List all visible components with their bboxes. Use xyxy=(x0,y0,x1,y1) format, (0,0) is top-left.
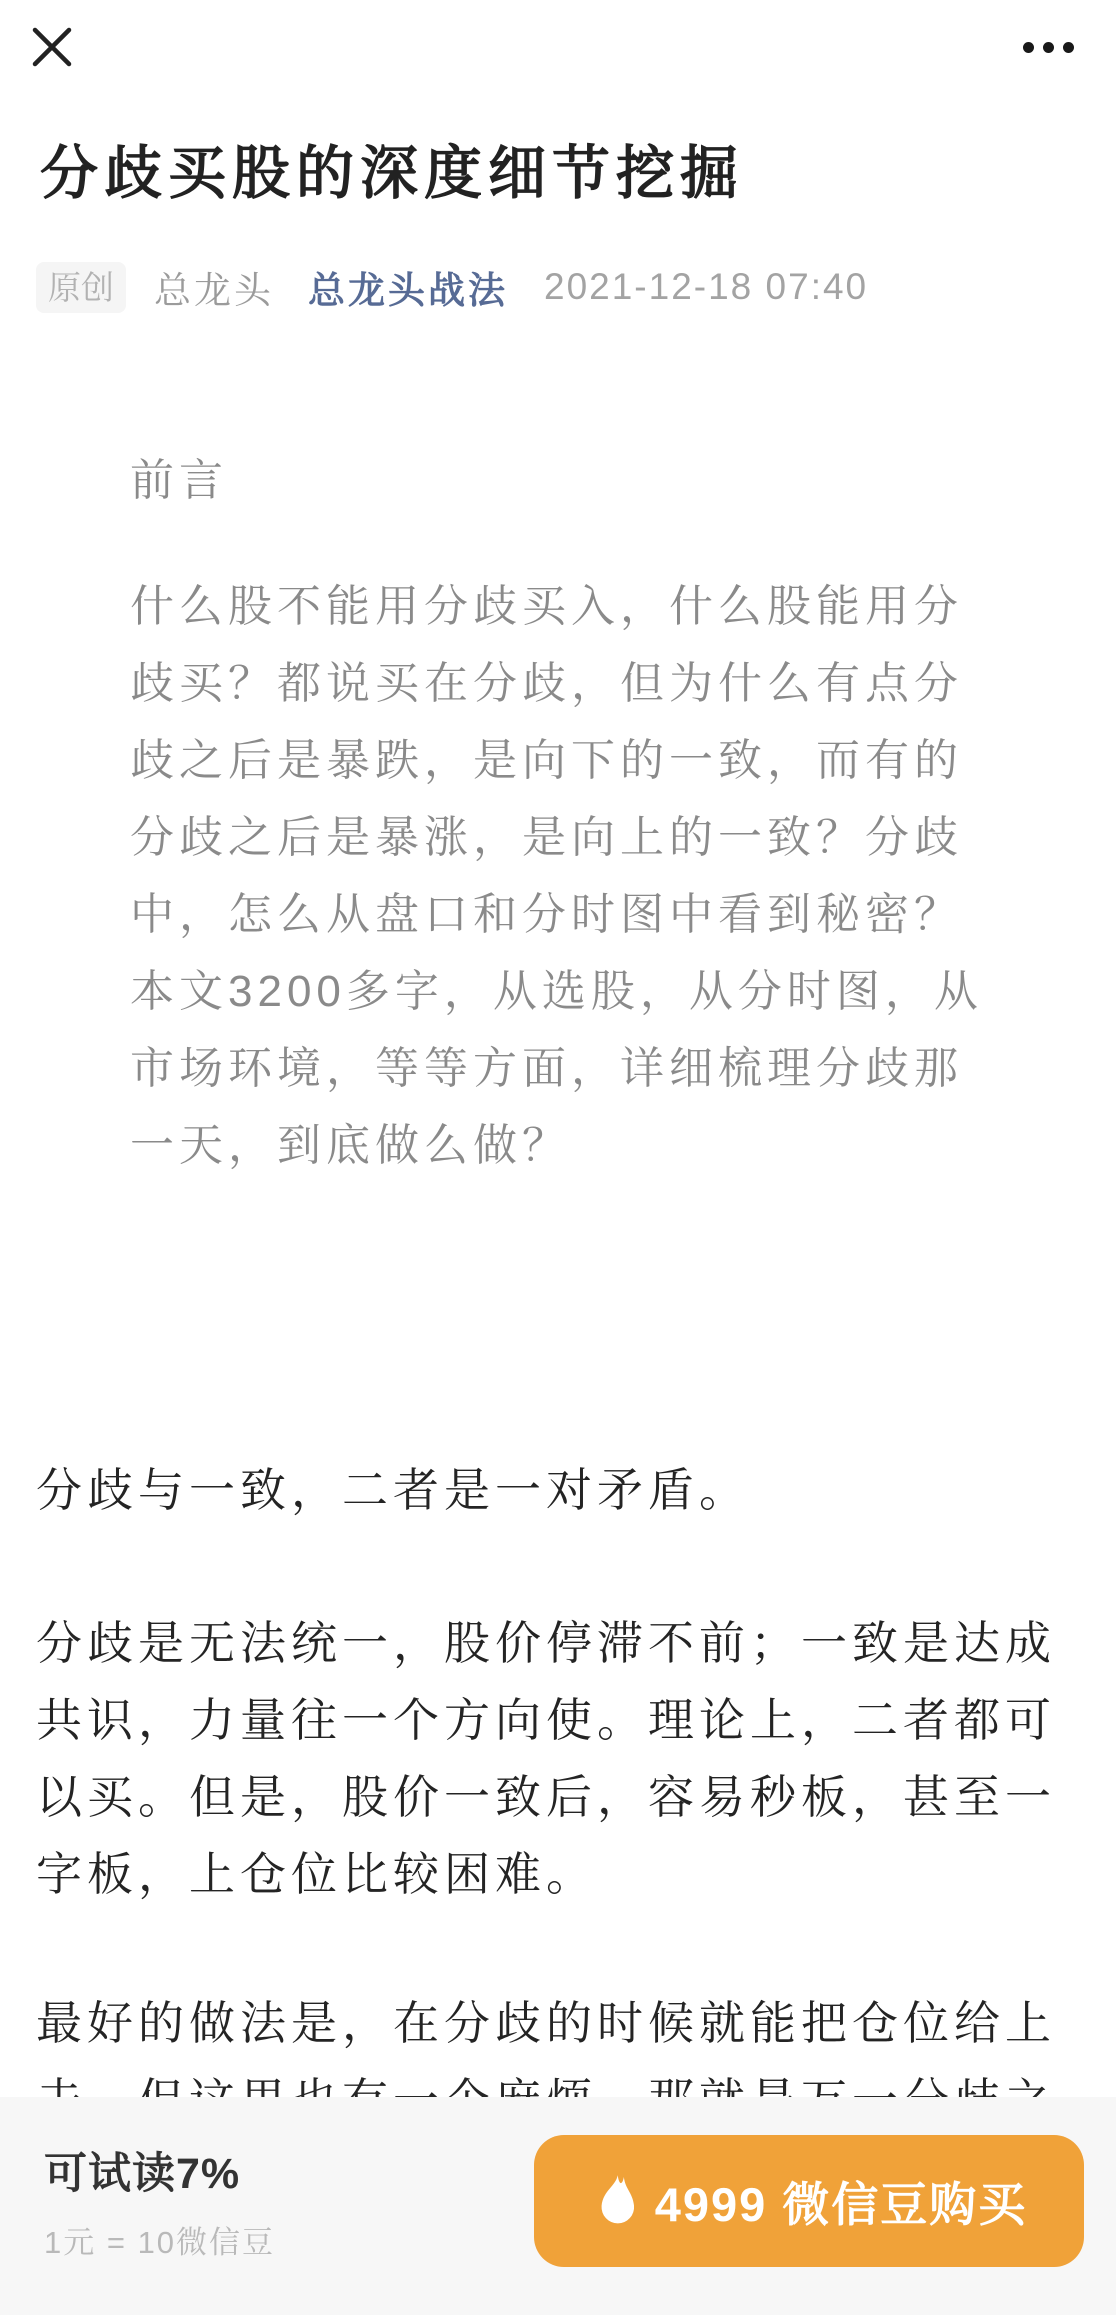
publish-date: 2021-12-18 07:40 xyxy=(544,266,868,308)
close-button[interactable] xyxy=(28,23,76,71)
article-body: 分歧与一致，二者是一对矛盾。 分歧是无法统一，股价停滞不前；一致是达成共识，力量… xyxy=(36,1452,1080,2139)
preface-body: 什么股不能用分歧买入，什么股能用分歧买？都说买在分歧，但为什么有点分歧之后是暴跌… xyxy=(130,568,990,1184)
exchange-rate-label: 1元 = 10微信豆 xyxy=(44,2217,275,2262)
buy-with-beans-button[interactable]: 4999 微信豆购买 xyxy=(534,2135,1084,2267)
article-preface: 前言 什么股不能用分歧买入，什么股能用分歧买？都说买在分歧，但为什么有点分歧之后… xyxy=(130,444,990,1184)
body-paragraph: 分歧是无法统一，股价停滞不前；一致是达成共识，力量往一个方向使。理论上，二者都可… xyxy=(36,1605,1080,1913)
wechat-bean-icon xyxy=(591,2172,643,2230)
official-account-link[interactable]: 总龙头战法 xyxy=(308,260,508,314)
article-meta-row: 原创 总龙头 总龙头战法 2021-12-18 07:40 xyxy=(36,260,1080,314)
article-content: 分歧买股的深度细节挖掘 原创 总龙头 总龙头战法 2021-12-18 07:4… xyxy=(0,138,1116,2139)
more-icon xyxy=(1023,42,1074,53)
author-name: 总龙头 xyxy=(154,260,274,314)
trial-info: 可试读7% 1元 = 10微信豆 xyxy=(44,2140,275,2262)
buy-button-label: 4999 微信豆购买 xyxy=(655,2168,1028,2235)
close-icon xyxy=(31,26,73,68)
trial-percentage-label: 可试读7% xyxy=(44,2140,275,2201)
paywall-bottom-bar: 可试读7% 1元 = 10微信豆 4999 微信豆购买 xyxy=(0,2097,1116,2315)
top-navigation-bar xyxy=(0,0,1116,78)
original-badge: 原创 xyxy=(36,262,126,313)
body-paragraph: 分歧与一致，二者是一对矛盾。 xyxy=(36,1452,1080,1529)
preface-heading: 前言 xyxy=(130,444,990,508)
more-options-button[interactable] xyxy=(1023,32,1074,63)
article-title: 分歧买股的深度细节挖掘 xyxy=(40,138,1080,210)
